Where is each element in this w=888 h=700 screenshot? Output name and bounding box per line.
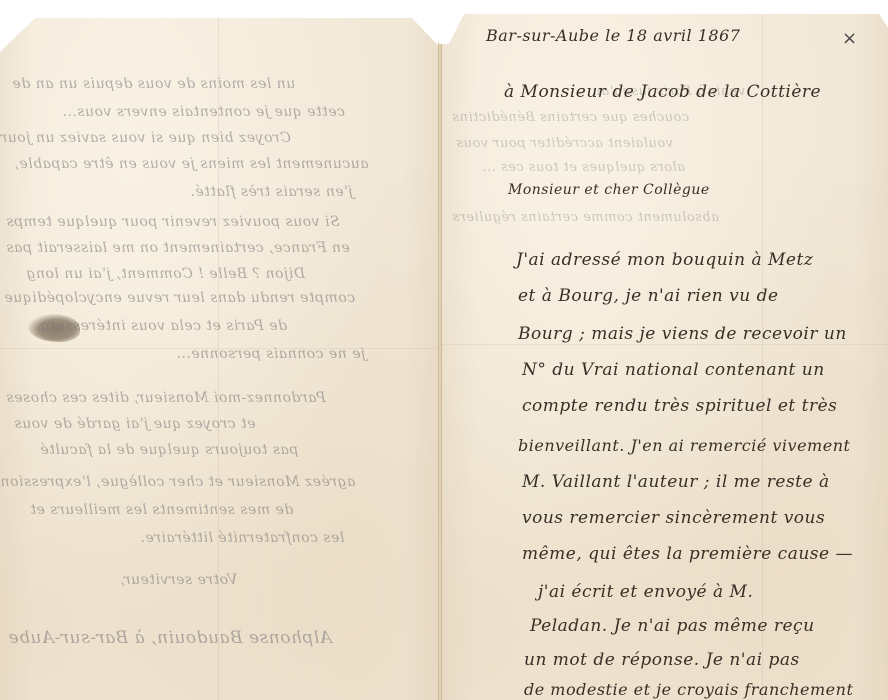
bleed-through-line: Croyez bien que si vous saviez un jour [0, 130, 291, 146]
bleed-through-line: un les moins de vous depuis un an de [12, 76, 295, 92]
letter-line: M. Vaillant l'auteur ; il me reste à [522, 472, 830, 492]
bleed-through-line: Votre serviteur, [120, 572, 237, 588]
letter-line: un mot de réponse. Je n'ai pas [524, 650, 800, 670]
addressee: à Monsieur de Jacob de la Cottière [504, 82, 821, 102]
bleed-through-line: absolument comme certains réguliers [452, 210, 719, 225]
bleed-through-line: alors quelques et tous ces ... [482, 160, 685, 175]
bleed-through-line: et croyez que j'ai gardé de vous [14, 416, 255, 432]
dateline: Bar-sur-Aube le 18 avril 1867 [486, 26, 740, 45]
bleed-through-line: je ne connais personne... [176, 346, 365, 362]
bleed-through-line: cette que je contentais envers vous... [62, 104, 345, 120]
bleed-through-line: aucunement les miens je vous en être cap… [14, 156, 369, 172]
bleed-through-line: j'en serais très flatté. [190, 184, 353, 200]
bleed-through-line: Pardonnez-moi Monsieur, dites ces choses [6, 390, 326, 406]
letter-line: bienveillant. J'en ai remercié vivement [518, 436, 850, 455]
bleed-through-line: couches que certains Bénédictins [452, 110, 689, 125]
bleed-through-line: les confraternité littéraire. [140, 530, 344, 546]
bleed-through-line: Dijon ? Belle ! Comment, j'ai un long [26, 266, 305, 282]
paper-fold [442, 344, 888, 345]
letter-line: de modestie et je croyais franchement [524, 680, 853, 699]
bleed-through-line: compte rendu dans leur revue encyclopédi… [4, 290, 355, 306]
bleed-through-line: pas toujours quelque de la faculté [40, 442, 298, 458]
paper-fold [762, 14, 763, 700]
letter-line: Peladan. Je n'ai pas même reçu [530, 616, 815, 636]
bleed-through-line: de Paris et cela vous intéressera [40, 318, 287, 334]
bleed-through-line: Si vous pouviez revenir pour quelque tem… [6, 214, 340, 230]
letter-spread: un les moins de vous depuis un an de cet… [0, 0, 888, 700]
letter-line: et à Bourg, je n'ai rien vu de [518, 286, 779, 306]
letter-line: j'ai écrit et envoyé à M. [538, 582, 753, 602]
bleed-through-line: de mes sentiments les meilleurs et [30, 502, 293, 518]
page-gutter [438, 40, 442, 700]
letter-line: même, qui êtes la première cause — [522, 544, 853, 564]
salutation: Monsieur et cher Collègue [508, 182, 710, 198]
right-page: venir à Paris jusqu'au couches que certa… [442, 14, 888, 700]
bleed-through-line: agréez Monsieur et cher collègue, l'expr… [0, 474, 355, 490]
letter-line: vous remercier sincèrement vous [522, 508, 825, 528]
letter-line: Bourg ; mais je viens de recevoir un [518, 324, 847, 344]
letter-line: N° du Vrai national contenant un [522, 360, 825, 380]
bleed-through-line: en France, certainement on me laisserait… [6, 240, 350, 256]
letter-line: compte rendu très spirituel et très [522, 396, 837, 416]
letter-line: J'ai adressé mon bouquin à Metz [516, 250, 813, 270]
corner-mark: × [842, 28, 857, 49]
signature-bleed: Alphonse Baudouin, à Bar-sur-Aube [8, 628, 332, 648]
bleed-through-line: voulaient accréditer pour vous [456, 136, 673, 151]
left-page: un les moins de vous depuis un an de cet… [0, 18, 438, 700]
